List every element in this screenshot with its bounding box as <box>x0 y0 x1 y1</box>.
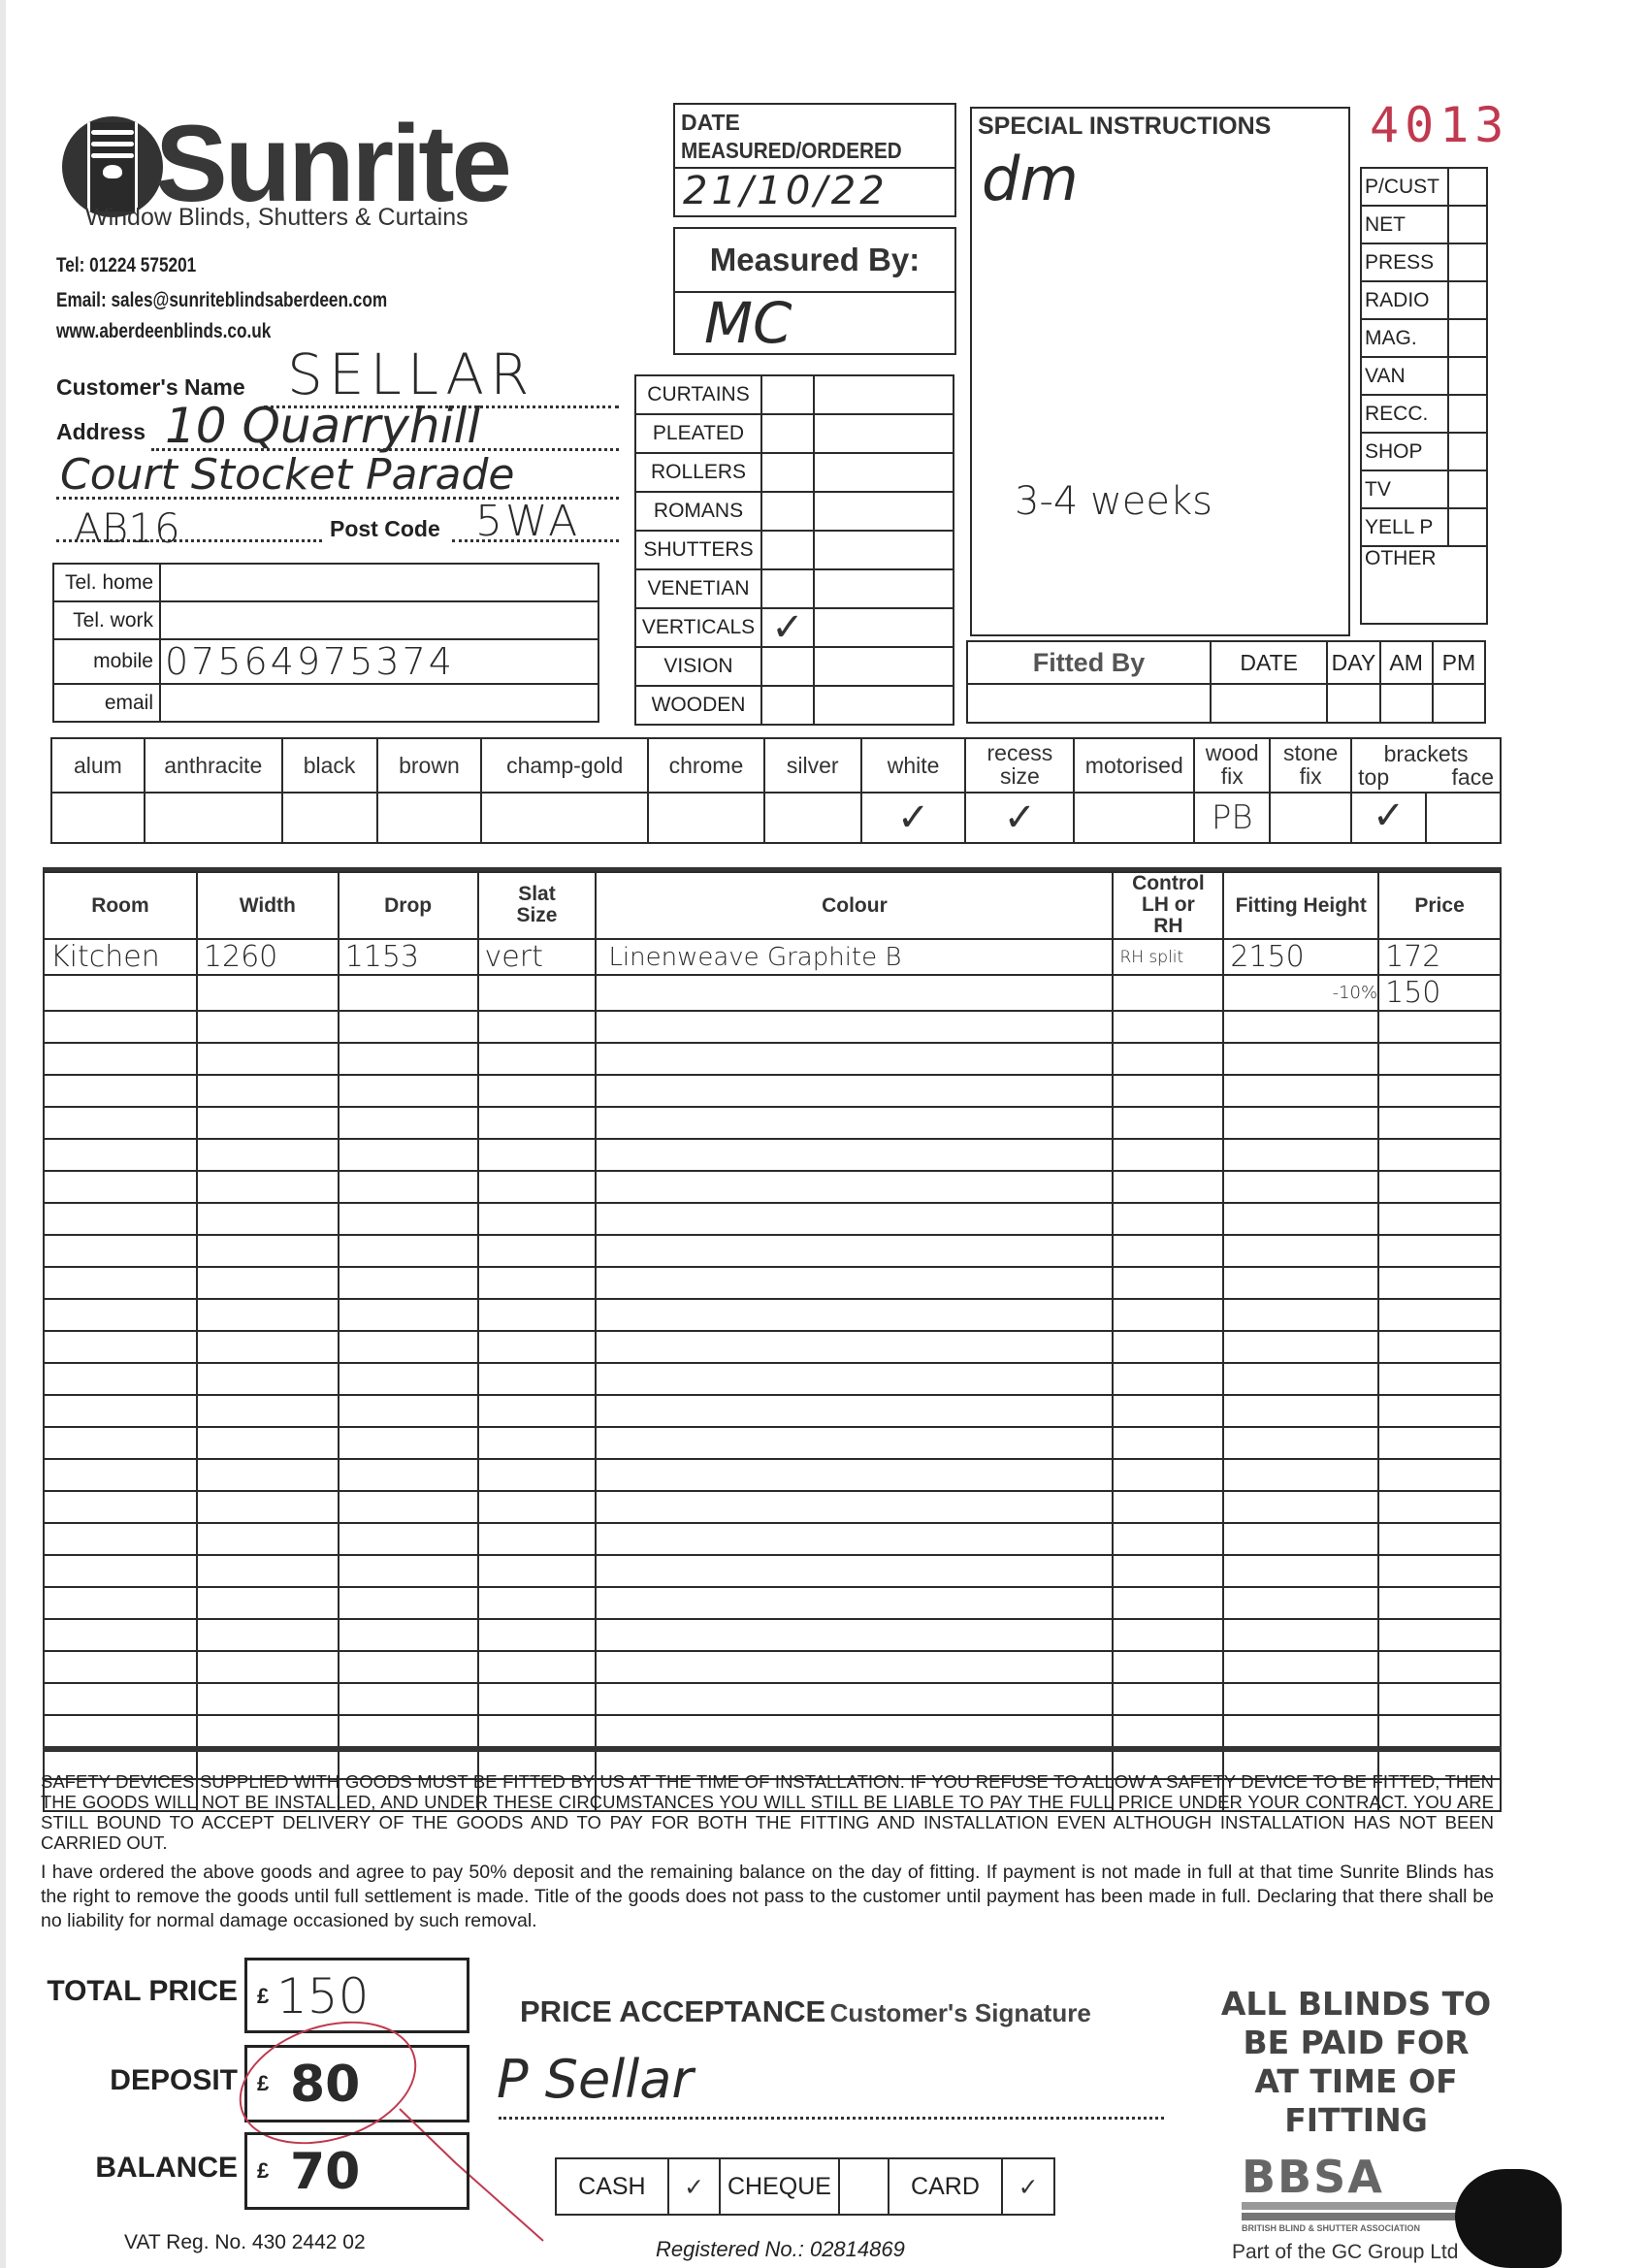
product-type-note[interactable] <box>814 608 954 647</box>
cell-drop[interactable] <box>339 1651 478 1683</box>
column-header: Fitting Height <box>1223 872 1378 939</box>
cell-control[interactable] <box>1113 975 1223 1011</box>
cell-colour[interactable] <box>596 1427 1113 1459</box>
cell-fitting-height[interactable] <box>1223 1011 1378 1043</box>
cell-price[interactable] <box>1378 1075 1501 1107</box>
notice-line-2: BE PAID FOR <box>1191 2024 1521 2062</box>
cell-slat[interactable] <box>478 1235 597 1267</box>
fitted-day-input[interactable] <box>1327 684 1379 723</box>
cell-width[interactable] <box>197 1619 339 1651</box>
cell-room[interactable] <box>44 1171 197 1203</box>
cell-room[interactable] <box>44 1619 197 1651</box>
phone-label: Tel. home <box>53 564 160 601</box>
cell-price[interactable] <box>1378 1139 1501 1171</box>
cell-control[interactable] <box>1113 1235 1223 1267</box>
fitted-pm-input[interactable] <box>1433 684 1485 723</box>
balance-value: 70 <box>290 2143 360 2201</box>
cell-drop[interactable] <box>339 1427 478 1459</box>
safety-notice: SAFETY DEVICES SUPPLIED WITH GOODS MUST … <box>41 1771 1494 1853</box>
lead-source-checkbox[interactable] <box>1448 470 1487 508</box>
cell-drop[interactable] <box>339 1203 478 1235</box>
cell-room[interactable] <box>44 1715 197 1747</box>
cell-control[interactable] <box>1113 1619 1223 1651</box>
cell-room[interactable] <box>44 1011 197 1043</box>
cell-drop[interactable] <box>339 1363 478 1395</box>
cell-slat[interactable] <box>478 1619 597 1651</box>
cell-drop[interactable] <box>339 1171 478 1203</box>
cell-control[interactable] <box>1113 1651 1223 1683</box>
cell-colour[interactable] <box>596 1395 1113 1427</box>
cell-colour[interactable] <box>596 1107 1113 1139</box>
cell-slat[interactable] <box>478 1075 597 1107</box>
cell-colour[interactable]: Linenweave Graphite B <box>596 939 1113 975</box>
cell-price[interactable] <box>1378 1427 1501 1459</box>
cell-colour[interactable] <box>596 1651 1113 1683</box>
cell-fitting-height[interactable] <box>1223 1459 1378 1491</box>
product-type-checkbox[interactable] <box>761 492 814 531</box>
fitted-am-input[interactable] <box>1380 684 1433 723</box>
cell-room[interactable] <box>44 1683 197 1715</box>
cell-colour[interactable] <box>596 1555 1113 1587</box>
cell-room[interactable] <box>44 1523 197 1555</box>
product-type-checkbox[interactable] <box>761 647 814 686</box>
cell-drop[interactable] <box>339 1587 478 1619</box>
cell-drop[interactable] <box>339 1235 478 1267</box>
column-header: Width <box>197 872 339 939</box>
product-type-checkbox[interactable] <box>761 686 814 725</box>
cell-colour[interactable] <box>596 975 1113 1011</box>
phone-value[interactable] <box>160 684 598 722</box>
table-bottom-rule <box>43 1746 1502 1752</box>
cell-drop[interactable] <box>339 1715 478 1747</box>
lead-source-checkbox[interactable] <box>1448 395 1487 433</box>
option-header-anthracite: anthracite <box>145 738 282 793</box>
product-type-label: VISION <box>635 647 761 686</box>
fitted-am-label: AM <box>1380 641 1433 684</box>
cell-drop[interactable] <box>339 1299 478 1331</box>
cell-fitting-height[interactable] <box>1223 1043 1378 1075</box>
cell-room[interactable] <box>44 1651 197 1683</box>
option-value-black[interactable] <box>282 793 377 843</box>
option-value-recess-size[interactable]: ✓ <box>965 793 1074 843</box>
cell-width[interactable]: 1260 <box>197 939 339 975</box>
product-type-row: CURTAINS <box>635 375 954 414</box>
cell-colour[interactable] <box>596 1267 1113 1299</box>
cell-slat[interactable] <box>478 1203 597 1235</box>
cell-room[interactable] <box>44 975 197 1011</box>
lead-source-checkbox[interactable] <box>1448 206 1487 243</box>
cell-control[interactable] <box>1113 1267 1223 1299</box>
cell-drop[interactable] <box>339 1331 478 1363</box>
fitted-day-label: DAY <box>1327 641 1379 684</box>
card-checkbox[interactable]: ✓ <box>1002 2158 1054 2215</box>
cell-control[interactable] <box>1113 1203 1223 1235</box>
cell-room[interactable] <box>44 1331 197 1363</box>
cell-width[interactable] <box>197 1203 339 1235</box>
option-value-brown[interactable] <box>377 793 482 843</box>
table-row <box>44 1651 1501 1683</box>
product-type-row: ROMANS <box>635 492 954 531</box>
option-value-anthracite[interactable] <box>145 793 282 843</box>
cell-fitting-height[interactable] <box>1223 1203 1378 1235</box>
cell-colour[interactable] <box>596 1331 1113 1363</box>
option-value-wood-fix[interactable]: PB <box>1194 793 1270 843</box>
cell-control[interactable] <box>1113 1395 1223 1427</box>
measured-by-value[interactable]: MC <box>675 293 954 353</box>
cell-control[interactable] <box>1113 1107 1223 1139</box>
cell-control[interactable] <box>1113 1331 1223 1363</box>
cell-slat[interactable] <box>478 1331 597 1363</box>
cell-drop[interactable] <box>339 1395 478 1427</box>
cell-price[interactable] <box>1378 1363 1501 1395</box>
cell-width[interactable] <box>197 1683 339 1715</box>
cell-slat[interactable] <box>478 1587 597 1619</box>
column-header-label: Fitting Height <box>1236 895 1367 917</box>
fitted-date-input[interactable] <box>1211 684 1327 723</box>
cell-price[interactable] <box>1378 1267 1501 1299</box>
cell-slat[interactable] <box>478 975 597 1011</box>
cell-width[interactable] <box>197 1011 339 1043</box>
cheque-checkbox[interactable] <box>839 2158 889 2215</box>
cell-room[interactable] <box>44 1395 197 1427</box>
option-label: white <box>888 754 940 777</box>
cell-fitting-height[interactable]: -10% <box>1223 975 1378 1011</box>
cell-price[interactable] <box>1378 1011 1501 1043</box>
cell-colour[interactable] <box>596 1171 1113 1203</box>
cell-control[interactable] <box>1113 1683 1223 1715</box>
cell-control[interactable] <box>1113 1523 1223 1555</box>
customer-signature[interactable]: P Sellar <box>497 2049 694 2110</box>
cell-width[interactable] <box>197 1299 339 1331</box>
cell-room[interactable] <box>44 1363 197 1395</box>
cell-width[interactable] <box>197 1331 339 1363</box>
option-label: champ-gold <box>506 754 623 777</box>
cell-fitting-height[interactable] <box>1223 1555 1378 1587</box>
cell-price[interactable] <box>1378 1395 1501 1427</box>
lead-source-row: PRESS <box>1361 243 1487 281</box>
cell-price[interactable] <box>1378 1619 1501 1651</box>
cell-colour[interactable] <box>596 1683 1113 1715</box>
cell-control[interactable] <box>1113 1715 1223 1747</box>
cell-drop[interactable] <box>339 1555 478 1587</box>
cell-fitting-height[interactable] <box>1223 1395 1378 1427</box>
brackets-top-checkbox[interactable]: ✓ <box>1352 794 1427 842</box>
cell-control[interactable] <box>1113 1043 1223 1075</box>
cell-slat[interactable] <box>478 1107 597 1139</box>
cell-price[interactable] <box>1378 1491 1501 1523</box>
cell-slat[interactable] <box>478 1139 597 1171</box>
cell-price[interactable] <box>1378 1459 1501 1491</box>
cell-price[interactable] <box>1378 1651 1501 1683</box>
cell-room[interactable] <box>44 1299 197 1331</box>
cell-drop[interactable]: 1153 <box>339 939 478 975</box>
cell-fitting-height[interactable] <box>1223 1235 1378 1267</box>
product-type-checkbox[interactable] <box>761 375 814 414</box>
lead-source-checkbox[interactable] <box>1448 508 1487 546</box>
cell-control[interactable]: RH split <box>1113 939 1223 975</box>
column-header: Colour <box>596 872 1113 939</box>
cell-colour[interactable] <box>596 1203 1113 1235</box>
cell-slat[interactable] <box>478 1651 597 1683</box>
cell-room[interactable] <box>44 1107 197 1139</box>
cell-width[interactable] <box>197 1235 339 1267</box>
product-type-note[interactable] <box>814 375 954 414</box>
cell-fitting-height[interactable] <box>1223 1171 1378 1203</box>
cell-room[interactable] <box>44 1491 197 1523</box>
items-table: RoomWidthDropSlat SizeColourControl LH o… <box>43 871 1502 1812</box>
product-type-note[interactable] <box>814 686 954 725</box>
cell-width[interactable] <box>197 1267 339 1299</box>
option-value-silver[interactable] <box>764 793 861 843</box>
cell-fitting-height[interactable] <box>1223 1075 1378 1107</box>
cell-width[interactable] <box>197 1491 339 1523</box>
option-value-stone-fix[interactable] <box>1270 793 1351 843</box>
date-label-line2: MEASURED/ORDERED <box>681 137 921 165</box>
product-type-label: PLEATED <box>635 414 761 453</box>
cell-drop[interactable] <box>339 1459 478 1491</box>
cell-colour[interactable] <box>596 1075 1113 1107</box>
cell-price[interactable] <box>1378 1235 1501 1267</box>
cell-fitting-height[interactable] <box>1223 1619 1378 1651</box>
cell-fitting-height[interactable] <box>1223 1523 1378 1555</box>
cell-price[interactable] <box>1378 1203 1501 1235</box>
phone-value[interactable] <box>160 564 598 601</box>
fitted-by-label: Fitted By <box>967 641 1211 684</box>
cell-room[interactable] <box>44 1075 197 1107</box>
lead-source-checkbox[interactable] <box>1448 433 1487 470</box>
cell-width[interactable] <box>197 1363 339 1395</box>
lead-source-row: VAN <box>1361 357 1487 395</box>
table-row <box>44 1139 1501 1171</box>
cell-control[interactable] <box>1113 1011 1223 1043</box>
product-type-checkbox[interactable]: ✓ <box>761 608 814 647</box>
cell-control[interactable] <box>1113 1587 1223 1619</box>
cell-control[interactable] <box>1113 1075 1223 1107</box>
cell-colour[interactable] <box>596 1299 1113 1331</box>
cell-slat[interactable] <box>478 1491 597 1523</box>
cell-price[interactable] <box>1378 1555 1501 1587</box>
cell-price[interactable] <box>1378 1171 1501 1203</box>
cell-control[interactable] <box>1113 1491 1223 1523</box>
cell-price[interactable]: 172 <box>1378 939 1501 975</box>
cell-fitting-height[interactable] <box>1223 1651 1378 1683</box>
cell-width[interactable] <box>197 1651 339 1683</box>
cell-width[interactable] <box>197 1587 339 1619</box>
cell-control[interactable] <box>1113 1171 1223 1203</box>
special-instructions-note[interactable]: 3-4 weeks <box>1015 479 1212 524</box>
cell-control[interactable] <box>1113 1459 1223 1491</box>
cell-colour[interactable] <box>596 1619 1113 1651</box>
product-type-note[interactable] <box>814 647 954 686</box>
cell-width[interactable] <box>197 975 339 1011</box>
cell-slat[interactable] <box>478 1363 597 1395</box>
cell-price[interactable] <box>1378 1523 1501 1555</box>
cell-room[interactable]: Kitchen <box>44 939 197 975</box>
cell-room[interactable] <box>44 1043 197 1075</box>
cell-slat[interactable] <box>478 1395 597 1427</box>
phone-value[interactable] <box>160 601 598 639</box>
option-value-alum[interactable] <box>51 793 145 843</box>
lead-source-checkbox[interactable] <box>1448 243 1487 281</box>
cell-room[interactable] <box>44 1459 197 1491</box>
cell-drop[interactable] <box>339 1523 478 1555</box>
cell-width[interactable] <box>197 1523 339 1555</box>
product-type-checkbox[interactable] <box>761 531 814 569</box>
cell-price[interactable] <box>1378 1587 1501 1619</box>
cell-fitting-height[interactable]: 2150 <box>1223 939 1378 975</box>
cell-drop[interactable] <box>339 975 478 1011</box>
cell-room[interactable] <box>44 1235 197 1267</box>
date-measured-value[interactable]: 21/10/22 <box>675 169 954 213</box>
cell-room[interactable] <box>44 1587 197 1619</box>
cash-checkbox[interactable]: ✓ <box>668 2158 721 2215</box>
cell-drop[interactable] <box>339 1619 478 1651</box>
cell-slat[interactable] <box>478 1171 597 1203</box>
cell-drop[interactable] <box>339 1107 478 1139</box>
cell-price[interactable] <box>1378 1683 1501 1715</box>
lead-source-checkbox[interactable] <box>1448 168 1487 206</box>
balance-box[interactable]: £ 70 <box>244 2132 469 2210</box>
option-value-chrome[interactable] <box>648 793 764 843</box>
cell-slat[interactable] <box>478 1459 597 1491</box>
registered-number: Registered No.: 02814869 <box>656 2237 905 2262</box>
cell-price[interactable] <box>1378 1107 1501 1139</box>
cell-price[interactable] <box>1378 1299 1501 1331</box>
cell-width[interactable] <box>197 1555 339 1587</box>
table-row <box>44 1395 1501 1427</box>
cell-slat[interactable] <box>478 1683 597 1715</box>
table-row <box>44 1587 1501 1619</box>
cell-control[interactable] <box>1113 1139 1223 1171</box>
total-price-value: 150 <box>276 1968 369 2025</box>
product-type-note[interactable] <box>814 492 954 531</box>
cell-control[interactable] <box>1113 1363 1223 1395</box>
balance-label: BALANCE <box>29 2152 238 2185</box>
cell-colour[interactable] <box>596 1139 1113 1171</box>
date-label-line1: DATE <box>681 109 949 137</box>
product-type-checkbox[interactable] <box>761 569 814 608</box>
cell-slat[interactable] <box>478 1043 597 1075</box>
lead-source-label: OTHER <box>1361 546 1487 624</box>
cell-colour[interactable] <box>596 1043 1113 1075</box>
option-value-champ-gold[interactable] <box>481 793 648 843</box>
cell-colour[interactable] <box>596 1235 1113 1267</box>
postcode-value[interactable]: 5WA <box>475 497 580 546</box>
cell-fitting-height[interactable] <box>1223 1427 1378 1459</box>
product-type-note[interactable] <box>814 569 954 608</box>
cell-width[interactable] <box>197 1427 339 1459</box>
cell-width[interactable] <box>197 1715 339 1747</box>
cell-drop[interactable] <box>339 1491 478 1523</box>
cell-fitting-height[interactable] <box>1223 1587 1378 1619</box>
cell-drop[interactable] <box>339 1011 478 1043</box>
cell-slat[interactable] <box>478 1715 597 1747</box>
cell-width[interactable] <box>197 1107 339 1139</box>
cell-price[interactable]: 150 <box>1378 975 1501 1011</box>
special-instructions-initials[interactable]: dm <box>982 144 1079 214</box>
cell-colour[interactable] <box>596 1523 1113 1555</box>
cell-slat[interactable]: vert <box>478 939 597 975</box>
address-line-3-value[interactable]: AB16 <box>74 504 180 552</box>
product-type-checkbox[interactable] <box>761 414 814 453</box>
cell-colour[interactable] <box>596 1715 1113 1747</box>
option-value-motorised[interactable] <box>1074 793 1194 843</box>
cell-width[interactable] <box>197 1395 339 1427</box>
address-line-2-value[interactable]: Court Stocket Parade <box>60 450 515 500</box>
cell-control[interactable] <box>1113 1555 1223 1587</box>
cell-control[interactable] <box>1113 1427 1223 1459</box>
cell-width[interactable] <box>197 1459 339 1491</box>
cell-price[interactable] <box>1378 1715 1501 1747</box>
cell-price[interactable] <box>1378 1043 1501 1075</box>
cell-control[interactable] <box>1113 1299 1223 1331</box>
cell-fitting-height[interactable] <box>1223 1139 1378 1171</box>
product-type-note[interactable] <box>814 531 954 569</box>
cell-room[interactable] <box>44 1139 197 1171</box>
option-header-alum: alum <box>51 738 145 793</box>
cell-fitting-height[interactable] <box>1223 1363 1378 1395</box>
cell-colour[interactable] <box>596 1491 1113 1523</box>
cell-slat[interactable] <box>478 1427 597 1459</box>
cell-drop[interactable] <box>339 1043 478 1075</box>
cell-colour[interactable] <box>596 1363 1113 1395</box>
cell-fitting-height[interactable] <box>1223 1299 1378 1331</box>
lead-source-checkbox[interactable] <box>1448 281 1487 319</box>
cell-room[interactable] <box>44 1267 197 1299</box>
option-value-white[interactable]: ✓ <box>861 793 966 843</box>
cell-slat[interactable] <box>478 1523 597 1555</box>
cell-colour[interactable] <box>596 1011 1113 1043</box>
cell-fitting-height[interactable] <box>1223 1107 1378 1139</box>
cell-fitting-height[interactable] <box>1223 1683 1378 1715</box>
cell-width[interactable] <box>197 1075 339 1107</box>
product-type-note[interactable] <box>814 414 954 453</box>
table-row <box>44 1363 1501 1395</box>
brackets-face-checkbox[interactable] <box>1427 794 1500 842</box>
cell-colour[interactable] <box>596 1587 1113 1619</box>
cell-slat[interactable] <box>478 1299 597 1331</box>
lead-source-checkbox[interactable] <box>1448 357 1487 395</box>
cell-fitting-height[interactable] <box>1223 1491 1378 1523</box>
lead-source-label: SHOP <box>1361 433 1448 470</box>
fitted-by-input[interactable] <box>967 684 1211 723</box>
cell-fitting-height[interactable] <box>1223 1331 1378 1363</box>
cell-price[interactable] <box>1378 1331 1501 1363</box>
cell-drop[interactable] <box>339 1075 478 1107</box>
cell-room[interactable] <box>44 1203 197 1235</box>
lead-source-row: SHOP <box>1361 433 1487 470</box>
lead-source-checkbox[interactable] <box>1448 319 1487 357</box>
cell-slat[interactable] <box>478 1555 597 1587</box>
cell-slat[interactable] <box>478 1011 597 1043</box>
product-type-note[interactable] <box>814 453 954 492</box>
cell-fitting-height[interactable] <box>1223 1715 1378 1747</box>
cell-width[interactable] <box>197 1171 339 1203</box>
cell-width[interactable] <box>197 1139 339 1171</box>
cell-width[interactable] <box>197 1043 339 1075</box>
phone-value[interactable]: 07564975374 <box>160 639 598 684</box>
cell-slat[interactable] <box>478 1267 597 1299</box>
address-line-1-value[interactable]: 10 Quarryhill <box>165 398 480 454</box>
cell-room[interactable] <box>44 1427 197 1459</box>
cell-drop[interactable] <box>339 1683 478 1715</box>
cell-room[interactable] <box>44 1555 197 1587</box>
cell-drop[interactable] <box>339 1139 478 1171</box>
cell-colour[interactable] <box>596 1459 1113 1491</box>
cell-drop[interactable] <box>339 1267 478 1299</box>
product-type-checkbox[interactable] <box>761 453 814 492</box>
cell-fitting-height[interactable] <box>1223 1267 1378 1299</box>
